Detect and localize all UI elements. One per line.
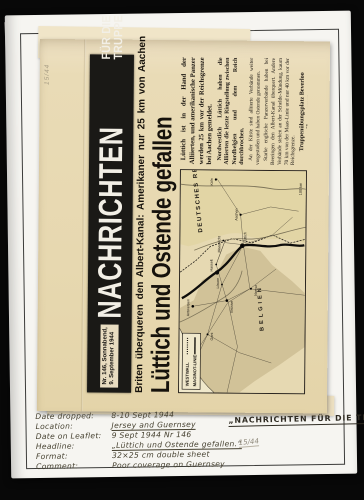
map-scale: 100 km [299, 183, 303, 195]
svg-text:WESTWALL: WESTWALL [185, 362, 190, 386]
masthead-bar: Nr. 146, Sonnabend, 9. September 1944 NA… [87, 54, 134, 392]
article-para-4: Starke englische Panzerverbände haben be… [263, 58, 298, 165]
svg-text:Maastricht: Maastricht [218, 236, 222, 253]
article-column: Lüttich ist in der Hand der Alliierten, … [180, 55, 308, 170]
svg-text:Antwerpen: Antwerpen [186, 299, 190, 316]
svg-text:Hasselt: Hasselt [210, 259, 214, 271]
masthead-subtitle-line2: TRUPPE [112, 15, 125, 60]
article-para-3: An der Küste sind alliierte Verbände wei… [248, 58, 262, 165]
map-svg: Ostende Brügge Gent Antwerpen Brüssel Lö… [179, 170, 306, 393]
leaflet-printed-content: Nr. 146, Sonnabend, 9. September 1944 NA… [87, 54, 310, 394]
article-lead: Lüttich ist in der Hand der Alliierten, … [180, 57, 216, 164]
svg-text:Gent: Gent [210, 333, 214, 341]
annotation-row: Comment: Poor coverage on Guernsey [36, 459, 226, 471]
front-map: Ostende Brügge Gent Antwerpen Brüssel Lö… [178, 169, 307, 394]
album-page: 15/44 Nr. 146, Sonnabend, 9. September 1… [5, 11, 357, 479]
content-row: Ostende Brügge Gent Antwerpen Brüssel Lö… [178, 55, 308, 394]
issue-date-box: Nr. 146, Sonnabend, 9. September 1944 [100, 324, 119, 388]
map-legend: WESTWALL MAGINOT-LINIE [182, 333, 200, 389]
article-subhead: Truppenübungsplatz Beverloo übernommen [299, 58, 309, 165]
svg-text:MAGINOT-LINIE: MAGINOT-LINIE [192, 354, 197, 386]
battle-mark-albert-kanal [215, 270, 219, 274]
leaflet-nachrichten: 15/44 Nr. 146, Sonnabend, 9. September 1… [37, 39, 330, 414]
masthead-title: NACHRICHTEN [91, 126, 131, 319]
svg-text:Köln: Köln [210, 178, 214, 185]
collector-annotations: Date dropped: 8-10 Sept 1944 Location: J… [35, 409, 226, 471]
masthead-subtitle: FÜR DIE TRUPPE [100, 15, 125, 60]
main-headline: Lüttich und Ostende gefallen [147, 126, 177, 393]
paper-crease [81, 39, 86, 411]
file-number-note: 15/44 [238, 437, 259, 448]
svg-text:Aachen: Aachen [235, 208, 239, 220]
issue-date: 9. September 1944 [109, 327, 117, 384]
svg-text:Lüttich: Lüttich [244, 232, 248, 243]
article-para-2: Nordwestlich Lüttich haben die Alliierte… [217, 57, 248, 164]
svg-text:Brüssel: Brüssel [230, 300, 234, 312]
svg-text:Löwen: Löwen [216, 278, 220, 289]
pencil-note-top: 15/44 [44, 25, 52, 85]
